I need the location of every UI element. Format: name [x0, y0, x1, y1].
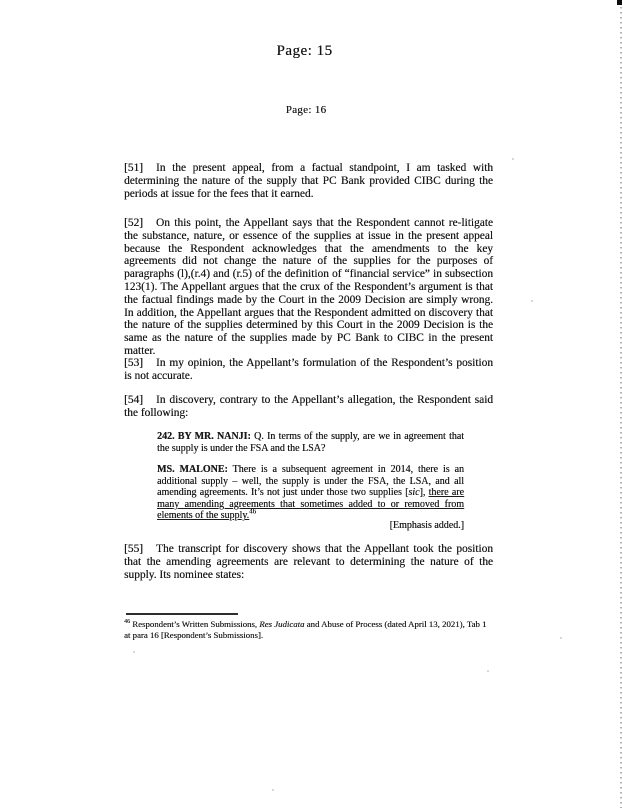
- scan-speck: [133, 651, 135, 653]
- paragraph-51: [51]In the present appeal, from a factua…: [124, 162, 493, 200]
- inner-page-header: Page: 16: [0, 104, 612, 116]
- discovery-quote-answer: MS. MALONE: There is a subsequent agreem…: [157, 464, 464, 522]
- footnote-reference: 46: [249, 508, 256, 516]
- scan-speck: [512, 158, 514, 160]
- scan-edge-artifact-line: [620, 7, 622, 808]
- paragraph-55: [55]The transcript for discovery shows t…: [124, 543, 493, 581]
- footnote-text: Respondent’s Written Submissions,: [130, 619, 259, 629]
- paragraph-text: On this point, the Appellant says that t…: [124, 217, 493, 357]
- scanned-document-page: Page: 15 Page: 16 [51]In the present app…: [0, 0, 623, 808]
- paragraph-number: [52]: [124, 217, 143, 229]
- speaker-name: MS. MALONE:: [157, 464, 228, 475]
- footnote-46: 46 Respondent’s Written Submissions, Res…: [124, 619, 493, 641]
- paragraph-number: [51]: [124, 162, 143, 174]
- paragraph-54: [54]In discovery, contrary to the Appell…: [124, 394, 493, 420]
- paragraph-number: [53]: [124, 357, 143, 369]
- paragraph-text: In the present appeal, from a factual st…: [124, 162, 493, 200]
- answer-text-continued: ],: [420, 487, 429, 498]
- footnote-case-name: Res Judicata: [259, 619, 304, 629]
- speaker-name: 242. BY MR. NANJI:: [157, 431, 251, 442]
- footnote-separator: [126, 613, 238, 615]
- discovery-quote-question: 242. BY MR. NANJI: Q. In terms of the su…: [157, 431, 464, 454]
- paragraph-53: [53]In my opinion, the Appellant’s formu…: [124, 357, 493, 383]
- outer-page-header: Page: 15: [0, 43, 609, 60]
- paragraph-number: [55]: [124, 543, 143, 555]
- paragraph-number: [54]: [124, 394, 143, 406]
- paragraph-text: The transcript for discovery shows that …: [124, 543, 493, 581]
- scan-speck: [487, 670, 489, 672]
- paragraph-text: In discovery, contrary to the Appellant’…: [124, 394, 493, 419]
- scan-speck: [560, 637, 562, 639]
- sic-note: sic: [408, 487, 419, 498]
- paragraph-text: In my opinion, the Appellant’s formulati…: [124, 357, 493, 382]
- paragraph-52: [52]On this point, the Appellant says th…: [124, 217, 493, 358]
- emphasis-added-note: [Emphasis added.]: [157, 520, 464, 532]
- scan-speck: [272, 789, 274, 791]
- scan-speck: [531, 300, 533, 302]
- scan-corner-mark: [617, 0, 622, 5]
